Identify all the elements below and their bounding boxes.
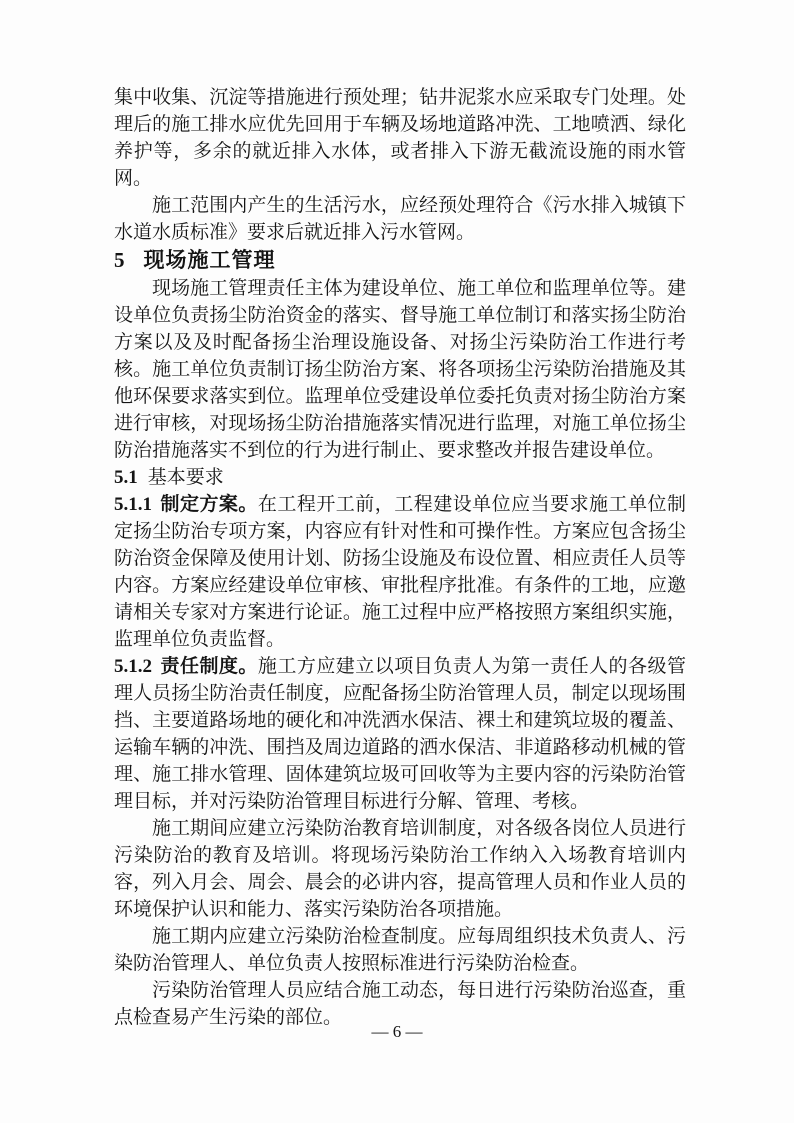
- page-footer: — 6 —: [0, 1020, 794, 1044]
- subsection-title: 基本要求: [148, 467, 224, 488]
- section-number: 5: [114, 248, 126, 272]
- paragraph-education-training: 施工期间应建立污染防治教育培训制度，对各级各岗位人员进行污染防治的教育及培训。将…: [114, 815, 686, 923]
- section-heading-5: 5现场施工管理: [114, 246, 686, 275]
- clause-5-1-1: 5.1.1制定方案。在工程开工前，工程建设单位应当要求施工单位制定扬尘防治专项方…: [114, 491, 686, 653]
- clause-number: 5.1.2: [114, 656, 152, 677]
- clause-label: 制定方案。: [160, 494, 258, 515]
- section-title: 现场施工管理: [144, 249, 276, 272]
- paragraph-weekly-inspection: 施工期内应建立污染防治检查制度。应每周组织技术负责人、污染防治管理人、单位负责人…: [114, 923, 686, 977]
- clause-5-1-2: 5.1.2责任制度。施工方应建立以项目负责人为第一责任人的各级管理人员扬尘防治责…: [114, 653, 686, 815]
- clause-label: 责任制度。: [160, 656, 258, 677]
- paragraph-domestic-sewage: 施工范围内产生的生活污水，应经预处理符合《污水排入城镇下水道水质标准》要求后就近…: [114, 192, 686, 246]
- document-page: 集中收集、沉淀等措施进行预处理；钻井泥浆水应采取专门处理。处理后的施工排水应优先…: [0, 0, 794, 1123]
- page-number: — 6 —: [372, 1022, 423, 1041]
- clause-number: 5.1.1: [114, 494, 152, 515]
- subsection-heading-5-1: 5.1基本要求: [114, 464, 686, 491]
- clause-text: 在工程开工前，工程建设单位应当要求施工单位制定扬尘防治专项方案，内容应有针对性和…: [114, 494, 686, 650]
- paragraph-wastewater-continuation: 集中收集、沉淀等措施进行预处理；钻井泥浆水应采取专门处理。处理后的施工排水应优先…: [114, 84, 686, 192]
- paragraph-responsibility-overview: 现场施工管理责任主体为建设单位、施工单位和监理单位等。建设单位负责扬尘防治资金的…: [114, 275, 686, 464]
- text-block: 集中收集、沉淀等措施进行预处理；钻井泥浆水应采取专门处理。处理后的施工排水应优先…: [114, 84, 686, 1031]
- clause-text: 施工方应建立以项目负责人为第一责任人的各级管理人员扬尘防治责任制度，应配备扬尘防…: [114, 656, 686, 812]
- subsection-number: 5.1: [114, 467, 138, 488]
